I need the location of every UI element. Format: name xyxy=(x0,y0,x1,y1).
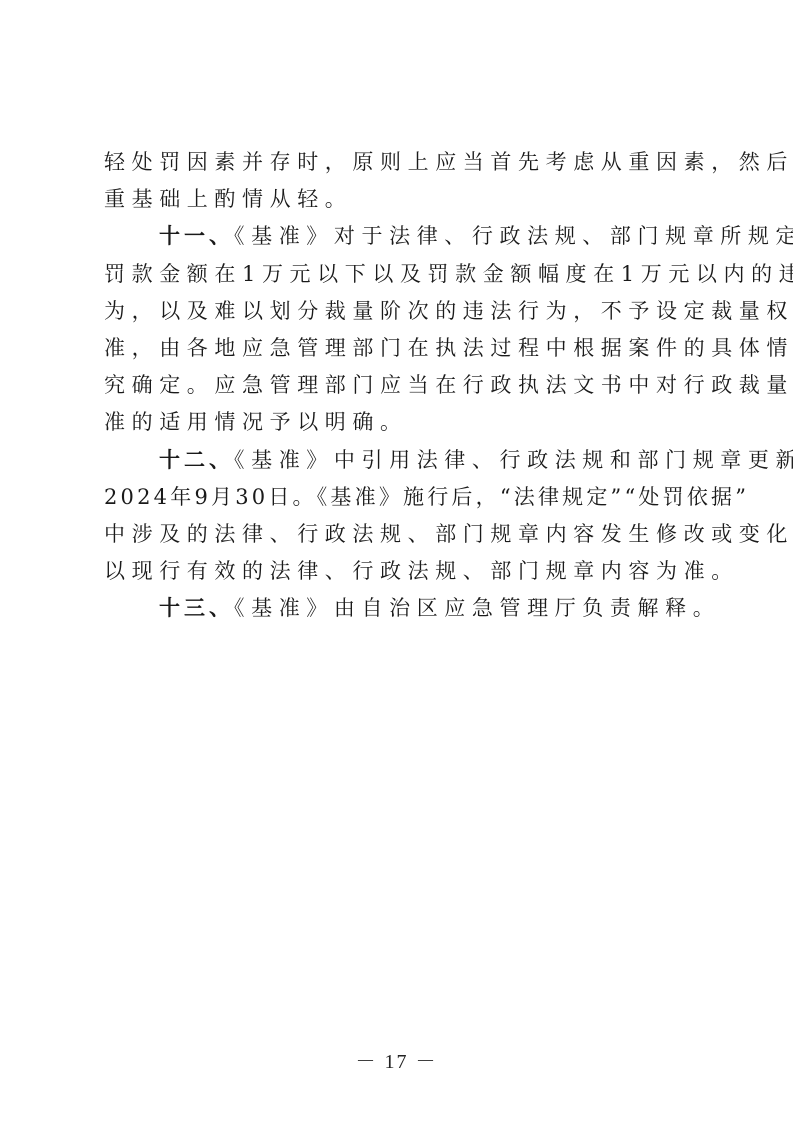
paragraph-line: 以现行有效的法律、行政法规、部门规章内容为准。 xyxy=(104,553,694,590)
line-text: 为，以及难以划分裁量阶次的违法行为，不予设定裁量权基 xyxy=(104,299,793,323)
paragraph-line: 罚款金额在1万元以下以及罚款金额幅度在1万元以内的违法行 xyxy=(104,256,694,293)
paragraph-line: 2024年9月30日。《基准》施行后，“法律规定”“处罚依据” xyxy=(104,479,694,516)
line-text: 2024年9月30日。《基准》施行后，“法律规定”“处罚依据” xyxy=(104,485,749,509)
line-text: 究确定。应急管理部门应当在行政执法文书中对行政裁量权基 xyxy=(104,373,793,397)
section-13-first-line: 十三、《基准》由自治区应急管理厅负责解释。 xyxy=(104,590,694,627)
line-text: 中涉及的法律、行政法规、部门规章内容发生修改或变化的， xyxy=(104,522,793,546)
paragraph-line: 为，以及难以划分裁量阶次的违法行为，不予设定裁量权基 xyxy=(104,293,694,330)
line-text: 《基准》对于法律、行政法规、部门规章所规定的 xyxy=(234,224,793,248)
line-text: 《基准》由自治区应急管理厅负责解释。 xyxy=(234,596,720,620)
paragraph-line: 准的适用情况予以明确。 xyxy=(104,404,694,441)
line-text: 罚款金额在1万元以下以及罚款金额幅度在1万元以内的违法行 xyxy=(104,262,793,286)
line-text: 以现行有效的法律、行政法规、部门规章内容为准。 xyxy=(104,559,739,583)
line-text: 准，由各地应急管理部门在执法过程中根据案件的具体情况研 xyxy=(104,336,793,360)
page-number: － 17 － xyxy=(0,1045,793,1074)
paragraph-line: 中涉及的法律、行政法规、部门规章内容发生修改或变化的， xyxy=(104,516,694,553)
paragraph-line: 轻处罚因素并存时，原则上应当首先考虑从重因素，然后在从 xyxy=(104,144,694,181)
document-body: 轻处罚因素并存时，原则上应当首先考虑从重因素，然后在从 重基础上酌情从轻。 十一… xyxy=(104,144,694,627)
section-11-first-line: 十一、《基准》对于法律、行政法规、部门规章所规定的 xyxy=(104,218,694,255)
line-text: 重基础上酌情从轻。 xyxy=(104,187,352,211)
section-heading-11: 十一、 xyxy=(159,224,234,248)
document-page: 轻处罚因素并存时，原则上应当首先考虑从重因素，然后在从 重基础上酌情从轻。 十一… xyxy=(0,0,793,1122)
section-12-first-line: 十二、《基准》中引用法律、行政法规和部门规章更新至 xyxy=(104,442,694,479)
section-heading-13: 十三、 xyxy=(159,596,234,620)
paragraph-line: 究确定。应急管理部门应当在行政执法文书中对行政裁量权基 xyxy=(104,367,694,404)
paragraph-line: 重基础上酌情从轻。 xyxy=(104,181,694,218)
line-text: 准的适用情况予以明确。 xyxy=(104,410,408,434)
line-text: 轻处罚因素并存时，原则上应当首先考虑从重因素，然后在从 xyxy=(104,150,793,174)
line-text: 《基准》中引用法律、行政法规和部门规章更新至 xyxy=(234,448,793,472)
paragraph-line: 准，由各地应急管理部门在执法过程中根据案件的具体情况研 xyxy=(104,330,694,367)
section-heading-12: 十二、 xyxy=(159,448,234,472)
